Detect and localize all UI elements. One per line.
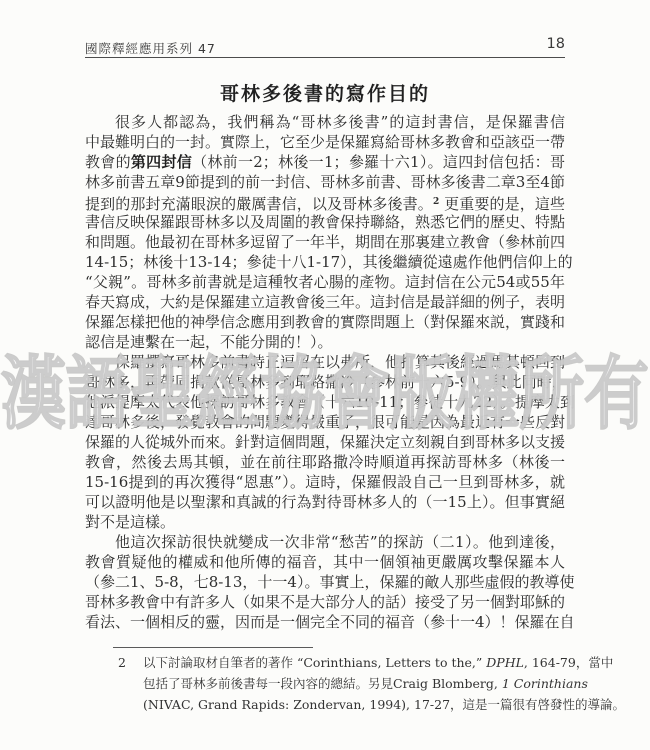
text-line: 他這次探訪很快就變成一次非常“愁苦”的探訪（二1）。他到達後，: [85, 532, 565, 552]
text-line: 很多人都認為，我們稱為“哥林多後書”的這封書信，是保羅書信: [85, 112, 565, 132]
text-segment: 教會的: [85, 153, 131, 171]
text-line: 教會的第四封信（林前一2；林後一1；參羅十六1）。這四封信包括：哥: [85, 152, 565, 172]
text-line: 保羅怎樣把他的神學信念應用到教會的實際問題上（對保羅來説，實踐和: [85, 312, 565, 332]
text-segment: 哥林多教會中有許多人（如果不是大部分人的話）接受了另一個對耶穌的: [85, 593, 565, 611]
paragraph-3: 他這次探訪很快就變成一次非常“愁苦”的探訪（二1）。他到達後，教會質疑他的權威和…: [85, 532, 565, 632]
text-segment: 教會質疑他的權威和他所傳的福音，其中一個領袖更嚴厲攻擊保羅本人: [85, 553, 565, 571]
text-segment: 和問題。他最初在哥林多逗留了一年半，期間在那裏建立教會（參林前四: [85, 233, 565, 251]
text-segment: 教會，然後去馬其頓，並在前往耶路撒冷時順道再探訪哥林多（林後一: [85, 453, 565, 471]
text-segment: 保羅撰寫哥林多前書時正逗留在以弗所，他打算其後經過馬其頓回到: [115, 353, 565, 371]
article-title: 哥林多後書的寫作目的: [0, 79, 650, 106]
text-line: 哥林多教會中有許多人（如果不是大部分人的話）接受了另一個對耶穌的: [85, 592, 565, 612]
text-line: 書信反映保羅跟哥林多以及周圍的教會保持聯絡，熟悉它們的歷史、特點: [85, 212, 565, 232]
text-segment: 林多前書五章9節提到的前一封信、哥林多前書、哥林多後書二章3至4節: [85, 173, 565, 191]
text-segment: 可以證明他是以聖潔和真誠的行為對待哥林多人的（一15上）。但事實絕: [85, 493, 565, 511]
text-segment: 他派提摩太代表他探訪哥林多教會（十六10-11；參徒十九22）。提摩太到: [85, 393, 575, 411]
text-line: 提到的那封充滿眼淚的嚴厲書信，以及哥林多後書。2 更重要的是，這些: [85, 192, 565, 212]
text-line: “父親”。哥林多前書就是這種牧者心腸的產物。這封信在公元54或55年: [85, 272, 565, 292]
text-segment: 14-15；林後十13-14；參徒十八1-17），其後繼續從遠處作他們信仰上的: [85, 253, 573, 271]
text-segment: DPHL: [486, 655, 524, 670]
text-segment: 達哥林多後，發覺教會的問題變得嚴重了，很可能是因為最近有一些反對: [85, 413, 565, 431]
text-line: 教會質疑他的權威和他所傳的福音，其中一個領袖更嚴厲攻擊保羅本人: [85, 552, 565, 572]
text-segment: 春天寫成，大約是保羅建立這教會後三年。這封信是最詳細的例子，表明: [85, 293, 565, 311]
text-segment: (NIVAC, Grand Rapids: Zondervan, 1994), …: [143, 697, 625, 712]
text-line: 保羅的人從城外而來。針對這個問題，保羅決定立刻親自到哥林多以支援: [85, 432, 565, 452]
text-line: 看法、一個相反的靈，因而是一個完全不同的福音（參十一4）！保羅在自: [85, 612, 565, 632]
paragraph-1: 很多人都認為，我們稱為“哥林多後書”的這封書信，是保羅書信中最難明白的一封。實際…: [85, 112, 565, 352]
text-segment: “父親”。哥林多前書就是這種牧者心腸的產物。這封信在公元54或55年: [85, 273, 565, 291]
book-page: 國際釋經應用系列 47 18 哥林多後書的寫作目的 很多人都認為，我們稱為“哥林…: [0, 0, 650, 750]
text-segment: 更重要的是，這些: [439, 195, 565, 213]
text-segment: 看法、一個相反的靈，因而是一個完全不同的福音（參十一4）！保羅在自: [85, 613, 575, 631]
paragraph-2: 保羅撰寫哥林多前書時正逗留在以弗所，他打算其後經過馬其頓回到哥林多，再帶同捐款從…: [85, 352, 565, 532]
text-segment: 提到的那封充滿眼淚的嚴厲書信，以及哥林多後書。: [85, 195, 433, 213]
text-segment: 保羅的人從城外而來。針對這個問題，保羅決定立刻親自到哥林多以支援: [85, 433, 565, 451]
text-line: （參二1、5-8，七8-13，十一4）。事實上，保羅的敵人那些虛假的教導使: [85, 572, 565, 592]
text-segment: 他這次探訪很快就變成一次非常“愁苦”的探訪（二1）。他到達後，: [115, 533, 565, 551]
text-segment: 包括了哥林多前後書每一段內容的總結。另見Craig Blomberg,: [143, 676, 502, 691]
text-line: 14-15；林後十13-14；參徒十八1-17），其後繼續從遠處作他們信仰上的: [85, 252, 565, 272]
footnote-divider: [113, 647, 313, 648]
text-segment: 書信反映保羅跟哥林多以及周圍的教會保持聯絡，熟悉它們的歷史、特點: [85, 213, 565, 231]
text-segment: 以下討論取材自筆者的著作 “Corinthians, Letters to th…: [143, 655, 486, 670]
text-segment: 很多人都認為，我們稱為“哥林多後書”的這封書信，是保羅書信: [115, 113, 565, 131]
page-number: 18: [547, 36, 565, 52]
text-segment: 哥林多，再帶同捐款從哥林多到耶路撒冷（參林前十六5-9）。與此同時，: [85, 373, 567, 391]
header-divider: [85, 57, 565, 58]
text-line: 可以證明他是以聖潔和真誠的行為對待哥林多人的（一15上）。但事實絕: [85, 492, 565, 512]
footnote-line: 包括了哥林多前後書每一段內容的總結。另見Craig Blomberg, 1 Co…: [113, 673, 565, 694]
text-line: 林多前書五章9節提到的前一封信、哥林多前書、哥林多後書二章3至4節: [85, 172, 565, 192]
text-line: 15-16提到的再次獲得“恩惠”）。這時，保羅假設自己一旦到哥林多，就: [85, 472, 565, 492]
text-line: 春天寫成，大約是保羅建立這教會後三年。這封信是最詳細的例子，表明: [85, 292, 565, 312]
text-line: 達哥林多後，發覺教會的問題變得嚴重了，很可能是因為最近有一些反對: [85, 412, 565, 432]
text-segment: 認信是連繫在一起，不能分開的！）。: [85, 333, 333, 351]
text-segment: 保羅怎樣把他的神學信念應用到教會的實際問題上（對保羅來説，實踐和: [85, 313, 565, 331]
footnote: 2以下討論取材自筆者的著作 “Corinthians, Letters to t…: [113, 652, 565, 715]
text-line: 哥林多，再帶同捐款從哥林多到耶路撒冷（參林前十六5-9）。與此同時，: [85, 372, 565, 392]
text-line: 中最難明白的一封。實際上，它至少是保羅寫給哥林多教會和亞該亞一帶: [85, 132, 565, 152]
text-line: 教會，然後去馬其頓，並在前往耶路撒冷時順道再探訪哥林多（林後一: [85, 452, 565, 472]
text-segment: , 164-79，當中: [524, 655, 613, 670]
text-segment: 1 Corinthians: [502, 676, 588, 691]
text-line: 和問題。他最初在哥林多逗留了一年半，期間在那裏建立教會（參林前四: [85, 232, 565, 252]
text-line: 對不是這樣。: [85, 512, 565, 532]
text-segment: （參二1、5-8，七8-13，十一4）。事實上，保羅的敵人那些虛假的教導使: [85, 573, 574, 591]
footnote-number: 2: [118, 652, 126, 673]
text-segment: 對不是這樣。: [85, 513, 175, 531]
text-segment: （林前一2；林後一1；參羅十六1）。這四封信包括：哥: [192, 153, 565, 171]
header-series-title: 國際釋經應用系列 47: [85, 39, 216, 57]
footnote-line: (NIVAC, Grand Rapids: Zondervan, 1994), …: [113, 694, 565, 715]
text-line: 保羅撰寫哥林多前書時正逗留在以弗所，他打算其後經過馬其頓回到: [85, 352, 565, 372]
text-segment: 15-16提到的再次獲得“恩惠”）。這時，保羅假設自己一旦到哥林多，就: [85, 473, 565, 491]
body-text: 很多人都認為，我們稱為“哥林多後書”的這封書信，是保羅書信中最難明白的一封。實際…: [85, 112, 565, 632]
footnote-line: 2以下討論取材自筆者的著作 “Corinthians, Letters to t…: [113, 652, 565, 673]
text-segment: 中最難明白的一封。實際上，它至少是保羅寫給哥林多教會和亞該亞一帶: [85, 133, 565, 151]
text-line: 認信是連繫在一起，不能分開的！）。: [85, 332, 565, 352]
text-line: 他派提摩太代表他探訪哥林多教會（十六10-11；參徒十九22）。提摩太到: [85, 392, 565, 412]
text-segment: 第四封信: [131, 153, 192, 171]
